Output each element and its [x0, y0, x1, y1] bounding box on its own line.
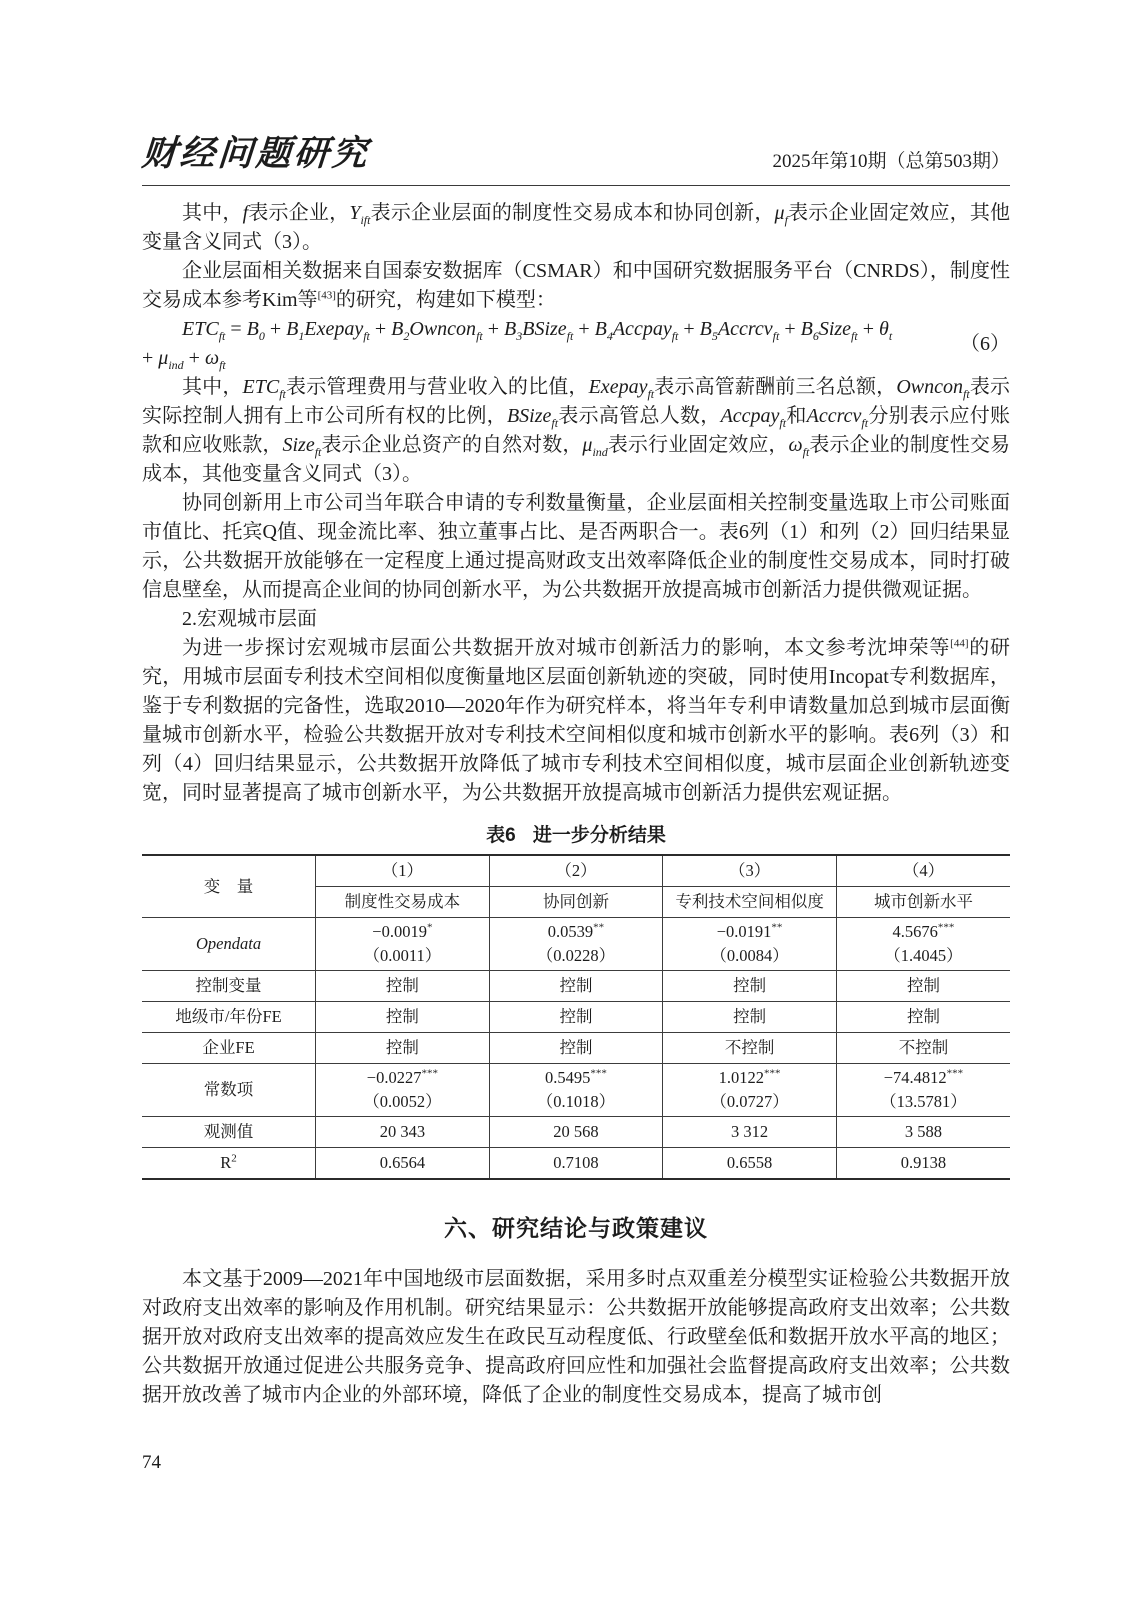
table-cell: 不控制	[836, 1033, 1010, 1064]
math-variable: Exepay	[304, 318, 363, 340]
table-cell: −0.0227***（0.0052）	[316, 1064, 490, 1117]
math-subscript: ft	[963, 387, 970, 401]
table-cell: 控制	[489, 1033, 663, 1064]
math-subscript: ft	[779, 416, 786, 430]
math-subscript: ft	[363, 329, 370, 343]
table-col-name: 专利技术空间相似度	[663, 887, 837, 918]
math-variable: μ	[582, 434, 592, 456]
table-label: 表6	[486, 825, 516, 846]
table-cell: 0.7108	[489, 1148, 663, 1180]
math-subscript: ft	[567, 329, 574, 343]
table-row: 地级市/年份FE控制控制控制控制	[142, 1002, 1010, 1033]
table-row-label: 控制变量	[142, 971, 316, 1002]
table-row: 观测值20 34320 5683 3123 588	[142, 1117, 1010, 1148]
table-row: 常数项−0.0227***（0.0052）0.5495***（0.1018）1.…	[142, 1064, 1010, 1117]
math-subscript: ft	[219, 358, 226, 372]
math-subscript: ind	[592, 445, 607, 459]
table-row-label: R2	[142, 1148, 316, 1180]
equation-line-2: + μind + ωft	[142, 344, 952, 373]
math-subscript: ft	[861, 416, 868, 430]
journal-logo: 财经问题研究	[140, 126, 372, 176]
table-cell: 不控制	[663, 1033, 837, 1064]
math-variable: Size	[283, 434, 315, 456]
table-col-number: （2）	[489, 855, 663, 887]
page-header: 财经问题研究 2025年第10期（总第503期）	[142, 126, 1010, 186]
math-variable: θ	[879, 318, 889, 340]
table-cell: 0.9138	[836, 1148, 1010, 1180]
math-variable: BSize	[507, 405, 551, 427]
math-variable: Accpay	[613, 318, 672, 340]
table-row: Opendata−0.0019*（0.0011）0.0539**（0.0228）…	[142, 918, 1010, 971]
table-cell: 控制	[489, 971, 663, 1002]
table-caption: 表6进一步分析结果	[142, 820, 1010, 847]
equation-line-1: ETCft = B0 + B1Exepayft + B2Ownconft + B…	[142, 315, 952, 344]
table-cell: 控制	[489, 1002, 663, 1033]
math-subscript: ft	[672, 329, 679, 343]
table-body: 变 量（1）（2）（3）（4）制度性交易成本协同创新专利技术空间相似度城市创新水…	[142, 855, 1010, 1179]
math-variable: μ	[158, 347, 168, 369]
math-variable: B	[286, 318, 298, 340]
table-cell: 0.6558	[663, 1148, 837, 1180]
math-subscript: ft	[803, 445, 810, 459]
paragraph-variable-definitions: 其中，ETCft表示管理费用与营业收入的比值，Exepayft表示高管薪酬前三名…	[142, 373, 1010, 489]
table-cell: 20 343	[316, 1117, 490, 1148]
math-subscript: ft	[773, 329, 780, 343]
table-row-label: 企业FE	[142, 1033, 316, 1064]
math-subscript: f	[785, 213, 788, 227]
citation-marker: [44]	[950, 637, 968, 649]
math-variable: Accrcv	[718, 318, 773, 340]
math-subscript: ft	[279, 387, 286, 401]
table-cell: 控制	[836, 971, 1010, 1002]
math-subscript: t	[889, 329, 892, 343]
math-variable: ETC	[243, 376, 280, 398]
equation-block: ETCft = B0 + B1Exepayft + B2Ownconft + B…	[142, 315, 1010, 373]
table-col-name: 制度性交易成本	[316, 887, 490, 918]
paragraph-conclusion: 本文基于2009—2021年中国地级市层面数据，采用多时点双重差分模型实证检验公…	[142, 1265, 1010, 1410]
paragraph-macro-city: 为进一步探讨宏观城市层面公共数据开放对城市创新活力的影响，本文参考沈坤荣等[44…	[142, 634, 1010, 808]
table-corner-label: 变 量	[142, 855, 316, 918]
math-variable: μ	[775, 202, 785, 224]
table-col-number: （3）	[663, 855, 837, 887]
math-variable: ω	[789, 434, 803, 456]
math-subscript: ft	[551, 416, 558, 430]
article-body: 其中，f表示企业，Yift表示企业层面的制度性交易成本和协同创新，μf表示企业固…	[142, 199, 1010, 1410]
math-subscript: ft	[851, 329, 858, 343]
table-row-label: 常数项	[142, 1064, 316, 1117]
math-variable: ETC	[182, 318, 219, 340]
math-variable: B	[700, 318, 712, 340]
math-variable: Owncon	[896, 376, 963, 398]
math-subscript: ft	[219, 329, 226, 343]
math-variable: ω	[205, 347, 219, 369]
math-variable: Accpay	[721, 405, 780, 427]
equation-lines: ETCft = B0 + B1Exepayft + B2Ownconft + B…	[142, 315, 952, 373]
table-col-name: 协同创新	[489, 887, 663, 918]
table-cell: 控制	[316, 971, 490, 1002]
table-cell: 1.0122***（0.0727）	[663, 1064, 837, 1117]
math-variable: f	[243, 202, 249, 224]
math-variable: B	[595, 318, 607, 340]
issue-info: 2025年第10期（总第503期）	[772, 146, 1010, 176]
page-number: 74	[142, 1452, 161, 1474]
citation-marker: [43]	[318, 289, 336, 301]
math-subscript: ift	[360, 213, 370, 227]
table-row-label: 观测值	[142, 1117, 316, 1148]
table-row-label: Opendata	[142, 918, 316, 971]
table-cell: 控制	[316, 1033, 490, 1064]
table-row: R20.65640.71080.65580.9138	[142, 1148, 1010, 1180]
table-cell: 控制	[316, 1002, 490, 1033]
table-cell: −0.0191**（0.0084）	[663, 918, 837, 971]
math-variable: B	[391, 318, 403, 340]
math-subscript: ft	[476, 329, 483, 343]
math-subscript: ind	[168, 358, 183, 372]
math-variable: Size	[819, 318, 851, 340]
table-cell: 3 312	[663, 1117, 837, 1148]
table-col-name: 城市创新水平	[836, 887, 1010, 918]
paragraph-data-source: 企业层面相关数据来自国泰安数据库（CSMAR）和中国研究数据服务平台（CNRDS…	[142, 257, 1010, 315]
table-row-label: 地级市/年份FE	[142, 1002, 316, 1033]
table-cell: 控制	[836, 1002, 1010, 1033]
section-heading: 六、研究结论与政策建议	[142, 1210, 1010, 1243]
math-variable: B	[504, 318, 516, 340]
table-cell: 3 588	[836, 1117, 1010, 1148]
table-col-number: （4）	[836, 855, 1010, 887]
math-variable: Exepay	[589, 376, 648, 398]
math-variable: Y	[349, 202, 360, 224]
results-table: 变 量（1）（2）（3）（4）制度性交易成本协同创新专利技术空间相似度城市创新水…	[142, 854, 1010, 1180]
table-cell: −74.4812***（13.5781）	[836, 1064, 1010, 1117]
subsection-heading: 2.宏观城市层面	[142, 605, 1010, 634]
equation-number: （6）	[952, 330, 1010, 359]
table-cell: −0.0019*（0.0011）	[316, 918, 490, 971]
paragraph-variables-note: 其中，f表示企业，Yift表示企业层面的制度性交易成本和协同创新，μf表示企业固…	[142, 199, 1010, 257]
math-variable: Owncon	[409, 318, 476, 340]
paragraph-micro-results: 协同创新用上市公司当年联合申请的专利数量衡量，企业层面相关控制变量选取上市公司账…	[142, 489, 1010, 605]
table-cell: 0.0539**（0.0228）	[489, 918, 663, 971]
math-subscript: 0	[259, 329, 265, 343]
math-variable: B	[247, 318, 259, 340]
table-cell: 4.5676***（1.4045）	[836, 918, 1010, 971]
table-cell: 0.5495***（0.1018）	[489, 1064, 663, 1117]
table-row: 控制变量控制控制控制控制	[142, 971, 1010, 1002]
table-cell: 控制	[663, 971, 837, 1002]
math-subscript: ft	[315, 445, 322, 459]
math-variable: BSize	[522, 318, 566, 340]
table-row: 企业FE控制控制不控制不控制	[142, 1033, 1010, 1064]
table-cell: 0.6564	[316, 1148, 490, 1180]
table-title: 进一步分析结果	[533, 825, 666, 846]
math-subscript: ft	[647, 387, 654, 401]
table-col-number: （1）	[316, 855, 490, 887]
table-header-row-numbers: 变 量（1）（2）（3）（4）	[142, 855, 1010, 887]
journal-page: 财经问题研究 2025年第10期（总第503期） 其中，f表示企业，Yift表示…	[0, 0, 1140, 1600]
table-cell: 控制	[663, 1002, 837, 1033]
math-variable: Accrcv	[807, 405, 862, 427]
table-cell: 20 568	[489, 1117, 663, 1148]
math-variable: B	[801, 318, 813, 340]
